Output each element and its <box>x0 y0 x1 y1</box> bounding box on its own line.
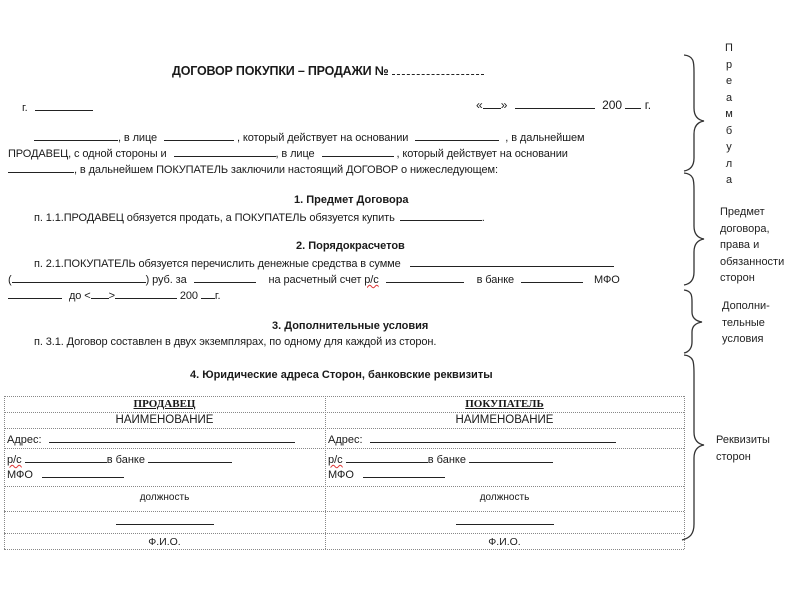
month-blank[interactable] <box>515 98 595 109</box>
section-3-paragraph: п. 3.1. Договор составлен в двух экземпл… <box>34 336 436 348</box>
due-year-blank[interactable] <box>201 288 215 299</box>
year-blank[interactable] <box>625 98 641 109</box>
account-blank[interactable] <box>386 272 464 283</box>
preamble-brace-icon <box>684 55 704 171</box>
annotation-letter: а <box>724 90 734 107</box>
preamble-text: ПРОДАВЕЦ, с одной стороны и <box>8 148 167 160</box>
year-suffix: г. <box>645 98 651 112</box>
buyer-blank[interactable] <box>174 146 276 157</box>
preamble-text: , в дальнейшем <box>505 132 584 144</box>
buyer-signature-blank[interactable] <box>456 514 554 525</box>
city-line: г. <box>22 100 93 114</box>
mfo-blank[interactable] <box>8 288 62 299</box>
annotation-line: условия <box>722 331 770 348</box>
preamble-text: , в лице <box>276 148 315 160</box>
buyer-fio-label: Ф.И.О. <box>325 536 684 548</box>
seller-blank[interactable] <box>34 130 118 141</box>
seller-signature-row <box>4 514 325 528</box>
annotation-letter: м <box>724 106 734 123</box>
annotation-line: сторон <box>720 270 784 287</box>
seller-name-label: НАИМЕНОВАНИЕ <box>4 414 325 426</box>
buyer-rep-blank[interactable] <box>322 146 394 157</box>
seller-basis-blank[interactable] <box>415 130 499 141</box>
seller-signature-blank[interactable] <box>116 514 214 525</box>
buyer-account-row: р/с в банке <box>328 452 553 466</box>
annotation-line: договора, <box>720 221 784 238</box>
seller-bank-blank[interactable] <box>148 452 232 463</box>
section-2-heading: 2. Порядокрасчетов <box>296 240 405 252</box>
requisites-brace-icon <box>682 355 704 540</box>
date-open-quote: « <box>476 98 483 112</box>
annotation-line: права и <box>720 237 784 254</box>
seller-mfo-row: МФО <box>7 467 124 481</box>
section-2-line-1: п. 2.1.ПОКУПАТЕЛЬ обязуется перечислить … <box>34 256 614 270</box>
preamble-text: , который действует на основании <box>397 148 568 160</box>
annotation-letter: б <box>724 123 734 140</box>
city-prefix: г. <box>22 102 28 114</box>
seller-address-row: Адрес: <box>7 432 295 446</box>
annotation-line: Предмет <box>720 204 784 221</box>
preamble-text: , в лице <box>118 132 157 144</box>
rs-label: р/с <box>7 454 22 466</box>
annotation-line: тельные <box>722 315 770 332</box>
section-2-line-2: () руб. за на расчетный счет р/с в банке… <box>8 272 620 286</box>
annotation-line: Реквизиты <box>716 432 770 449</box>
buyer-signature-row <box>325 514 684 528</box>
paragraph-text: г. <box>215 290 221 302</box>
document-title: ДОГОВОР ПОКУПКИ – ПРОДАЖИ № <box>172 64 484 78</box>
buyer-mfo-blank[interactable] <box>363 467 445 478</box>
buyer-position-label: должность <box>325 492 684 503</box>
annotation-letter: у <box>724 139 734 156</box>
preamble-line-3: , в дальнейшем ПОКУПАТЕЛЬ заключили наст… <box>8 162 498 176</box>
date-close-quote: » <box>501 98 508 112</box>
annotation-line: Дополни- <box>722 298 770 315</box>
date-line: «» 200 г. <box>476 98 651 112</box>
annotation-additional: Дополни- тельные условия <box>722 298 770 348</box>
buyer-bank-blank[interactable] <box>469 452 553 463</box>
buyer-basis-blank[interactable] <box>8 162 74 173</box>
seller-fio-label: Ф.И.О. <box>4 536 325 548</box>
sum-words-blank[interactable] <box>12 272 146 283</box>
city-blank[interactable] <box>35 100 93 111</box>
due-day-blank[interactable] <box>91 288 109 299</box>
seller-rep-blank[interactable] <box>164 130 234 141</box>
annotation-requisites: Реквизиты сторон <box>716 432 770 465</box>
paragraph-end: . <box>482 212 485 224</box>
bank-blank[interactable] <box>521 272 583 283</box>
mfo-label: МФО <box>328 469 354 481</box>
preamble-line-1: , в лице , который действует на основани… <box>34 130 584 144</box>
buyer-address-blank[interactable] <box>370 432 616 443</box>
annotation-letter: л <box>724 156 734 173</box>
mfo-label: МФО <box>7 469 33 481</box>
paragraph-text: 200 <box>180 290 198 302</box>
goods-blank[interactable] <box>400 210 482 221</box>
goods-for-blank[interactable] <box>194 272 256 283</box>
buyer-address-row: Адрес: <box>328 432 616 446</box>
rs-label: р/с <box>328 454 343 466</box>
year-prefix: 200 <box>602 98 622 112</box>
sum-blank[interactable] <box>410 256 614 267</box>
annotation-preamble: П р е а м б у л а <box>724 40 734 189</box>
seller-address-blank[interactable] <box>49 432 295 443</box>
annotation-letter: П <box>724 40 734 57</box>
buyer-account-blank[interactable] <box>346 452 428 463</box>
address-label: Адрес: <box>328 434 363 446</box>
preamble-line-2: ПРОДАВЕЦ, с одной стороны и , в лице , к… <box>8 146 568 160</box>
title-text: ДОГОВОР ПОКУПКИ – ПРОДАЖИ № <box>172 64 388 78</box>
section-1-heading: 1. Предмет Договора <box>294 194 409 206</box>
contract-number-blank[interactable] <box>392 64 484 75</box>
seller-party-label: ПРОДАВЕЦ <box>4 398 325 410</box>
seller-position-label: должность <box>4 492 325 503</box>
bank-label: в банке <box>428 454 466 466</box>
paragraph-text: в банке <box>477 274 515 286</box>
brace-icons <box>680 50 710 560</box>
buyer-name-label: НАИМЕНОВАНИЕ <box>325 414 684 426</box>
section-3-heading: 3. Дополнительные условия <box>272 320 428 332</box>
paragraph-text: на расчетный счет <box>269 274 362 286</box>
seller-mfo-blank[interactable] <box>42 467 124 478</box>
subject-brace-icon <box>684 173 704 285</box>
due-month-blank[interactable] <box>115 288 177 299</box>
buyer-mfo-row: МФО <box>328 467 445 481</box>
seller-account-row: р/с в банке <box>7 452 232 466</box>
section-1-paragraph: п. 1.1.ПРОДАВЕЦ обязуется продать, а ПОК… <box>34 210 485 224</box>
paragraph-text: ) руб. за <box>146 274 187 286</box>
annotation-letter: е <box>724 73 734 90</box>
paragraph-text: до < <box>69 290 91 302</box>
annotation-subject: Предмет договора, права и обязанности ст… <box>720 204 784 287</box>
paragraph-text: МФО <box>594 274 620 286</box>
preamble-text: , который действует на основании <box>237 132 408 144</box>
buyer-party-label: ПОКУПАТЕЛЬ <box>325 398 684 410</box>
annotation-letter: р <box>724 57 734 74</box>
additional-brace-icon <box>684 290 702 353</box>
annotation-letter: а <box>724 172 734 189</box>
annotation-line: сторон <box>716 449 770 466</box>
day-blank[interactable] <box>483 98 501 109</box>
section-2-line-3: до <> 200 г. <box>8 288 220 302</box>
bank-label: в банке <box>107 454 145 466</box>
preamble-text: , в дальнейшем ПОКУПАТЕЛЬ заключили наст… <box>74 164 498 176</box>
paragraph-text: п. 1.1.ПРОДАВЕЦ обязуется продать, а ПОК… <box>34 212 395 224</box>
rs-label: р/с <box>364 274 378 286</box>
paragraph-text: п. 2.1.ПОКУПАТЕЛЬ обязуется перечислить … <box>34 258 401 270</box>
section-4-heading: 4. Юридические адреса Сторон, банковские… <box>190 369 493 381</box>
seller-account-blank[interactable] <box>25 452 107 463</box>
address-label: Адрес: <box>7 434 42 446</box>
annotation-line: обязанности <box>720 254 784 271</box>
